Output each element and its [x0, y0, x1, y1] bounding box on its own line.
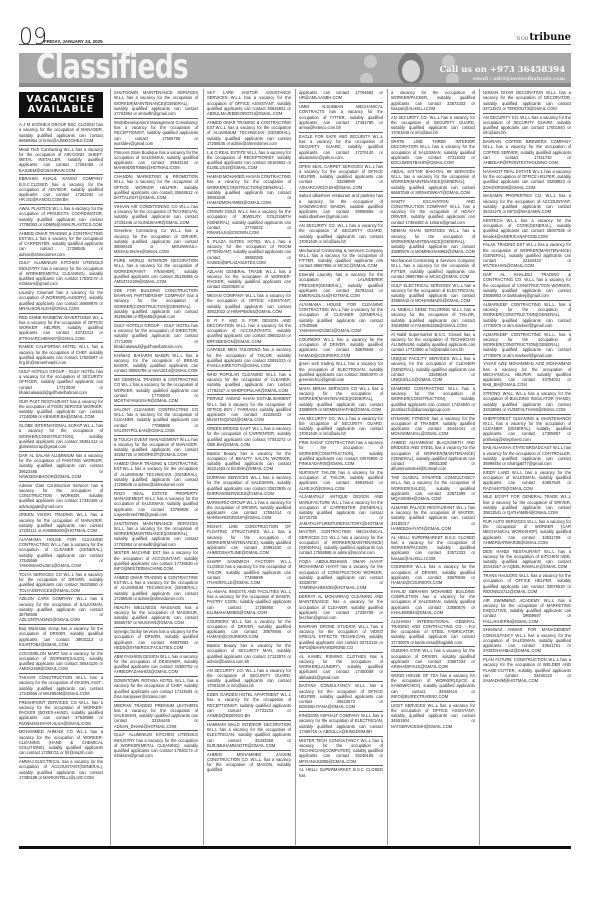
- header-rule: [19, 44, 571, 45]
- classified-ad: NEMAN KHAN SERVICES W.L.L has a vacancy …: [391, 227, 475, 257]
- classified-ad: PERVEZ AHMAD KHAN ESTABLISHMENT W.L.L ha…: [207, 395, 291, 425]
- classified-ad: MAHA MIRAH SERVICES CO W.L.L has a vacan…: [299, 385, 383, 415]
- classified-ad: SHARP SANDWICH FACTORY W.L.L CLOSED has …: [207, 558, 291, 588]
- classified-ad: walnut albasheer restaurant and pastries…: [299, 192, 383, 222]
- classified-ad: WASAMIN PROPERTIES CO. W.L.L has a vacan…: [483, 192, 571, 217]
- classified-ad: SHAHBAZ ANWAR FOR MANAGEMENT CONSULTANCY…: [483, 626, 571, 656]
- classified-ad: COURIERX W.L.L has a vacancy for the occ…: [207, 618, 291, 643]
- classified-ad: ALMARKEEF CONTRACTING W.L.L. has a vacan…: [483, 331, 571, 361]
- classified-ad: WHD POPULAR CLEANING W.L.L has a vacancy…: [207, 371, 291, 396]
- classified-ad: EAGLE FOR SAFE AND SECURITY W.L.L has a …: [299, 133, 383, 163]
- classified-ad: AL-AMAAL INVESTS AND FACILITIES W.L.L ha…: [207, 588, 291, 618]
- classified-ad: PURE WORLD INTERIOR DECORATION W.L.L has…: [114, 257, 198, 287]
- classified-ad: GULF HOTELS GROUP - GULF HOTEL has a vac…: [114, 322, 198, 352]
- operator-figure-icon: [386, 53, 436, 83]
- ad-column-6: NOMAN DIYAR DECORATION W.L.L has a vacan…: [479, 89, 571, 845]
- classified-ad: GLOBE INTERNATIONAL SCRAP W.L.L. has a v…: [19, 422, 103, 452]
- classified-ad: AN SECURITY CO. W.L.L has a vacancy for …: [299, 222, 383, 247]
- classified-ad: HAMMAM WALD INTERIOR DECORATION W.L.L ha…: [207, 721, 291, 751]
- classified-ad: AL HELLI SUPERMARKET B.S.C CLOSED has: [299, 766, 383, 779]
- classified-ad: NILE EGYPT FOR GENERAL TRADE W.L.L has a…: [483, 493, 571, 518]
- classified-ad: AN SECURITY CO. W.L.L has a vacancy for …: [207, 667, 291, 692]
- classified-ad: MARMARIZ GROUP W.L.L has a vacancy for t…: [207, 499, 291, 524]
- classified-ad: GREEN VISION TRADING W.L.L has a vacancy…: [19, 511, 103, 536]
- classified-ad: COURIERX W.L.L has a vacancy for the occ…: [299, 336, 383, 361]
- ad-column-2: SHUTDOWN MAINTENANCE SERVICES W.L.L has …: [110, 89, 198, 845]
- classified-ad: DERRAT AL MOHARRAQ CLEANING AND MAINTENA…: [299, 593, 383, 623]
- classified-ad: AN SECURITY CO. W.L.L has a vacancy for …: [391, 114, 475, 139]
- classified-ad: MISTER MACHINE EST has a vacancy for the…: [114, 549, 198, 574]
- classified-ad: Al Nabil Supermarket B.S.C. Closed has a…: [391, 331, 475, 356]
- brand-prefix: NOB: [516, 36, 528, 42]
- classified-ad: SAMTY EXCAVATION AND CONSTRUCTION COMPAN…: [391, 198, 475, 228]
- classified-ad: ALMAND PALACE RESTAURANT W.L.L has a vac…: [391, 504, 475, 534]
- classified-ad: AZILON CARS COMPANY W.L.L has a vacancy …: [19, 595, 103, 625]
- classified-ad: AHMED OMAR TRADING & CONTRACTING EST.W.L…: [207, 119, 291, 149]
- classified-ad: MISTER TECH CONSULTANCY W.L.L has a vaca…: [299, 737, 383, 767]
- classified-ad: A J M KOOHEJI GROUP BSC CLOSED has a vac…: [19, 121, 103, 146]
- page-number: 09: [19, 27, 47, 49]
- classified-ad: AHMED OMAR TRADING & CONTRACTING EST.W.L…: [19, 230, 103, 260]
- classified-ad: AL KAMEL RISHING CLOTHES has a vacancy f…: [299, 653, 383, 683]
- classified-ad: FALAK TRADING EST W.L.L has a vacancy fo…: [483, 241, 571, 271]
- classified-ad: ABDAL SATTAR BAKHTAL 99 SERVICES W.L.L h…: [391, 168, 475, 198]
- classified-ad: WorldDevelopment Management Consultancy …: [114, 119, 198, 149]
- classified-ad: KINGDOM ASPHALT COMPANY W.L.L has a vaca…: [299, 712, 383, 737]
- ad-column-5: a vacancy for the occupation of WORKER/P…: [387, 89, 475, 845]
- classified-ad: BAITANA CONSULTANCY W.L.L has a vacancy …: [299, 682, 383, 712]
- classified-ad: UMM ALSUBBAN MECHANICAL CONTRACTS has a …: [299, 103, 383, 133]
- classified-ad: MASTER CONTRACTING MECHANICAL SERVICES C…: [299, 528, 383, 558]
- classified-ad: RED SHINE RAINBOW ADVERTISING W.L.L has …: [19, 314, 103, 344]
- classified-ad: synergic facility services has a vacancy…: [114, 628, 198, 653]
- classified-ad: Greenline Contracting Co W.L.L has a vac…: [114, 227, 198, 257]
- classified-ad: AL NOBALI GEMS TAILORING W.L.L has a vac…: [391, 306, 475, 331]
- classified-ad: AIR SWIMMING ACADEMY W.L.L has a vacancy…: [483, 597, 571, 627]
- classified-ad: STRONG WALL W.L.L has a vacancy for the …: [483, 390, 571, 415]
- classified-ad: Burj Wazirstan Scrap has a vacancy for t…: [19, 625, 103, 650]
- brand-name: tribune: [529, 32, 571, 43]
- classified-ad: green tech trading W.L.L has a vacancy f…: [299, 360, 383, 385]
- banner-phone: Call us on +973 36458394: [439, 65, 565, 75]
- classified-ad: DAR AL SALAM ALUMINIUM has a vacancy for…: [19, 452, 103, 482]
- classified-ad: NOMAN DIYAR DECORATION W.L.L has a vacan…: [483, 89, 571, 114]
- classified-ad: BAHRAIN DRONE STUDIOS W.L.L has a vacanc…: [299, 623, 383, 653]
- mail-icon: [364, 55, 377, 68]
- classified-ad: EBRAHIM KHALIL KANOO COMPANY B.S.C.CLOSE…: [19, 175, 103, 205]
- banner-strip: [19, 83, 571, 87]
- classified-ad: GREEN BRIDGE EAST W.L.L has a vacancy fo…: [207, 425, 291, 450]
- classified-ad: Princess Store Boutique has a vacancy fo…: [114, 149, 198, 174]
- classified-ad: B R F AND S FOR DESIGN AND DECORATION W.…: [207, 317, 291, 347]
- classified-ad: CROWN GOLD W.L.L has a vacancy for the o…: [207, 208, 291, 238]
- classified-ad: BAHRAIN COFFEE BREWERS COMPANY W.L.L has…: [483, 138, 571, 168]
- classified-ad: ALYAMAMA HOUSE FOR CLEANING CONTRACTING …: [299, 301, 383, 336]
- classified-ad: TRANS HAULERS W.L.L has a vacancy for th…: [483, 572, 571, 597]
- classified-ad: UNIQUE FACILITY SERVICES W.L.L has a vac…: [391, 355, 475, 385]
- classified-ad: Mechanical Contracting & Services Compan…: [391, 257, 475, 282]
- classified-ad: AN SECURITY CO. W.L.L has a vacancy for …: [483, 114, 571, 139]
- classified-ad: COURIERX W.L.L has a vacancy for the occ…: [391, 563, 475, 588]
- classified-ad: Basma Beauty has a vacancy for the occup…: [207, 642, 291, 667]
- classified-ad: OPEN SEAL CARPET SERVICES W.L.L has a va…: [299, 163, 383, 193]
- classified-ad: AL HELLI SUPERMARKET B.S.C CLOSED has a …: [391, 534, 475, 564]
- classified-ad: HEALTH WELLNESS MASSAGE has a vacancy fo…: [114, 604, 198, 629]
- classifieds-banner: Classifieds Call us on +973 36458394 ema…: [19, 53, 571, 83]
- classified-ad: SKY LARK VISITOR ASSISTANCE SERVICES W.L…: [207, 89, 291, 119]
- classified-ad: DOWNTOWN ROTANA HOTEL W.L.L has a vacanc…: [114, 677, 198, 702]
- classified-ad: RUR AUTO SERVICES W.L.L has a vacancy fo…: [483, 518, 571, 548]
- classified-ad: COCOMELON MART has a vacancy for the occ…: [19, 650, 103, 675]
- classified-ad: AHMED OMAR TRADING & CONTRACTING EST.W.L…: [114, 574, 198, 604]
- classified-ad: CAPABLE MEN TAILORING has a vacancy for …: [207, 346, 291, 371]
- ad-column-4: applicants can contact 17784584 or HR@AM…: [295, 89, 383, 845]
- classified-ad: KIDDY LAND W.L.L has a vacancy for the o…: [483, 469, 571, 494]
- classified-ad: SHEPFOREST CLEANING & MAINTENANCE W.L.L …: [483, 415, 571, 445]
- ad-column-3: SKY LARK VISITOR ASSISTANCE SERVICES W.L…: [203, 89, 291, 845]
- classified-ad: SHUTDOWN MAINTENANCE SERVICES W.L.L has …: [114, 520, 198, 550]
- classified-ad: GULF ALUMINIUM KITCHEN UTENSILS INDUSTRY…: [19, 259, 103, 289]
- brand-logo: NOBtribune: [516, 32, 571, 43]
- classified-ad: CHANDNI MARKETING & PROMOTION W.L.L has …: [114, 173, 198, 203]
- classified-ad: AN SECURITY CO. W.L.L has a vacancy for …: [299, 415, 383, 440]
- classified-ad: TAKHAR CONSTRUCTION W.L.L has a vacancy …: [19, 674, 103, 699]
- classified-ad: 5 PLAZA SUITES HOTEL W.L.L has a vacancy…: [207, 238, 291, 268]
- banner-title: Classifieds: [36, 53, 188, 83]
- classified-ad: ALMARKEEF CONTRACTING W.L.L. has a vacan…: [483, 301, 571, 331]
- classified-ad: FRESHPOINT SERVICES CO W.L.L has a vacan…: [19, 699, 103, 729]
- classified-ad: ALJAMATALY ANTIQUE DESIGN AND MANUFACTUR…: [299, 493, 383, 528]
- classified-ad: PLAN FUTURE CONSTRUCTION W.L.L has a vac…: [483, 656, 571, 685]
- classified-ad: AWAL PLASTICS W.L.L has a vacancy for th…: [19, 205, 103, 230]
- classified-ad: DESI HANDI RESTAURANT W.L.L has a vacanc…: [483, 548, 571, 573]
- classified-ad: FOZIA ABDULREHMAN OMAR HAYAT MOHAMMAD HA…: [299, 558, 383, 593]
- classified-ad: GULF HOTELS GROUP - GULF HOTEL has a vac…: [19, 368, 103, 398]
- classified-ad: ABM FASHION DESIGN W.L.L has a vacancy f…: [114, 653, 198, 678]
- classified-ad: KENTECH W.L.L has a vacancy for the occu…: [483, 217, 571, 242]
- classified-ad: WHITE LINE THREE INTERIOR DECORATION W.L…: [391, 138, 475, 168]
- classified-ad: L & G REAL ESTATE W.L.L has a vacancy fo…: [207, 149, 291, 174]
- classified-ad: KHABAZ BAHARNI BAKER W.L.L has a vacancy…: [114, 352, 198, 377]
- classified-ad: TOLYA SERVICES CO W.L.L has a vacancy fo…: [19, 571, 103, 596]
- classified-ad: M TOUCH EVENT MANAGEMENT W.L.L has a vac…: [114, 436, 198, 461]
- classified-ad: Mechanical Contracting & Services Compan…: [299, 247, 383, 272]
- classifieds-content: VACANCIES AVAILABLE A J M KOOHEJI GROUP …: [19, 89, 571, 845]
- classified-ad: M3 GENERAL TRADING & CONTRACTING CO W.L.…: [114, 376, 198, 406]
- classified-ad: EDEN GARDEN HOTEL APARTMENT W.L.L has a …: [207, 691, 291, 721]
- classified-ad: MESAN COMPANY W.L.L has a vacancy for th…: [207, 292, 291, 317]
- classified-ad: Advisor Gate Construction Services has a…: [19, 482, 103, 512]
- classified-ad: ALYAMAMA HOUSE FOR CLEANING CONTRACTING …: [19, 536, 103, 571]
- classified-ad: OUR PAST RESTAURANT has a vacancy for th…: [19, 398, 103, 423]
- classified-ad: LEGIT SERVICES W.L.L has a vacancy for t…: [391, 702, 475, 731]
- classified-ad: RAMEE CALIFORNIA HOTEL W.L.L has a vacan…: [19, 343, 103, 368]
- classified-ad: DYNAMIC FITNESS has a vacancy for the oc…: [391, 415, 475, 440]
- classified-ad: INSHAT LINE CONSTRUCTION OF FLOATING STR…: [207, 523, 291, 558]
- classified-ad: VIHAAN AIR CONDITIONING CO W.L.L has a v…: [114, 203, 198, 228]
- classified-ad: SHUTDOWN MAINTENANCE SERVICES W.L.L has …: [114, 89, 198, 119]
- classified-ad: a vacancy for the occupation of WORKER/P…: [391, 89, 475, 114]
- classified-ad: AHMED MOHAMMED JASSIM CONSTRUCTION CO. W…: [207, 751, 291, 775]
- ad-column-1: VACANCIES AVAILABLE A J M KOOHEJI GROUP …: [19, 89, 103, 845]
- classified-ad: SDK FOR BUILDING CONSTRUCTION BAHRAIN PA…: [114, 287, 198, 322]
- classified-ad: GULF ALUMINIUM KITCHEN UTENSILS INDUSTRY…: [114, 731, 198, 760]
- classified-ad: AHMED OMAR TRADING & CONTRACTING EST.W.L…: [114, 460, 198, 490]
- classified-ad: AMWAJ ELECTRICAL has a vacancy for the o…: [19, 758, 103, 782]
- classified-ad: Emerald Laundry has a vacancy for the oc…: [299, 271, 383, 301]
- classified-ad: HAMAD MOHAMED HASAN CONTRACTING has a va…: [207, 173, 291, 208]
- classified-ad: DURRANI SERVICES W.L.L has a vacancy for…: [207, 474, 291, 499]
- classified-ad: PINK SADAF CONTRACTING has a vacancy for…: [299, 439, 383, 469]
- classified-ad: applicants can contact 17784584 or HR@AM…: [299, 89, 383, 103]
- classified-ad: THE GLOBAL SYNAPSE CONSULTANCY W.L.L has…: [391, 474, 475, 504]
- classified-ad: MEERAN TRADING PREMIUM LEATHERS has a va…: [114, 702, 198, 732]
- phone-icon: [360, 73, 373, 83]
- classified-ad: ALSHAIKH INTERNATIONAL GENERAL TRADING A…: [391, 618, 475, 648]
- classified-ad: AHMED ALHAMMAM BLACKSMITH AND BRIDGES AN…: [391, 439, 475, 474]
- classified-ad: WOOD HOUSE OF TEA has a vacancy for the …: [391, 672, 475, 702]
- classified-ad: BAB ALHASHA STATE BROADCAST W.L.L has a …: [483, 444, 571, 469]
- classified-ad: KHALID EBRAHIM MOHAMED BUILDING COMPLETI…: [391, 588, 475, 618]
- classified-ad: GUIDING STAR W.L.L has a vacancy for the…: [391, 647, 475, 672]
- classified-ad: MOHAMMED AHMADI CO W.L.L has a vacancy f…: [19, 728, 103, 758]
- classified-ad: GULF ELECTRICAL SERVICES W.L.L has a vac…: [391, 282, 475, 307]
- classified-ad: NAHAKOT REAL ESTATE W.L.L has a vacancy …: [483, 168, 571, 193]
- bottom-rule: [19, 846, 571, 849]
- classified-ad: AZLAAN GENERAL TRADE W.L.L has a vacancy…: [207, 268, 291, 293]
- classified-ad: SALONY CLEANING CONTRACTING CO W.L.L has…: [114, 406, 198, 436]
- section-title: VACANCIES AVAILABLE: [19, 92, 103, 118]
- page-header: 09 FRIDAY, JANUARY 24, 2025: [19, 20, 273, 46]
- banner-email: email : advt@newsofbahrain.com: [473, 76, 565, 82]
- classified-ad: DIAMOND CONTRACTING W.L.L has a vacancy …: [391, 385, 475, 415]
- classified-ad: ROZY REAL ESTATE PROPERTY MANAGEMENT W.L…: [114, 490, 198, 520]
- classified-ad: NUFISSAT TAILOR has a vacancy for the oc…: [299, 469, 383, 494]
- classified-ad: DAR AL KHALEEJ TRADING & CONTRACTING CO.…: [483, 271, 571, 301]
- classified-ad: Laundry Cinemart has a vacancy for the o…: [19, 289, 103, 314]
- classified-ad: Metal Tech Contracting W.L.L has a vacan…: [19, 146, 103, 176]
- classified-ad: YASAS AZIZ MOHAMMAD AZIZ MOHAMMAD has a …: [483, 360, 571, 390]
- classified-ad: Basma Beauty has a vacancy for the occup…: [207, 450, 291, 475]
